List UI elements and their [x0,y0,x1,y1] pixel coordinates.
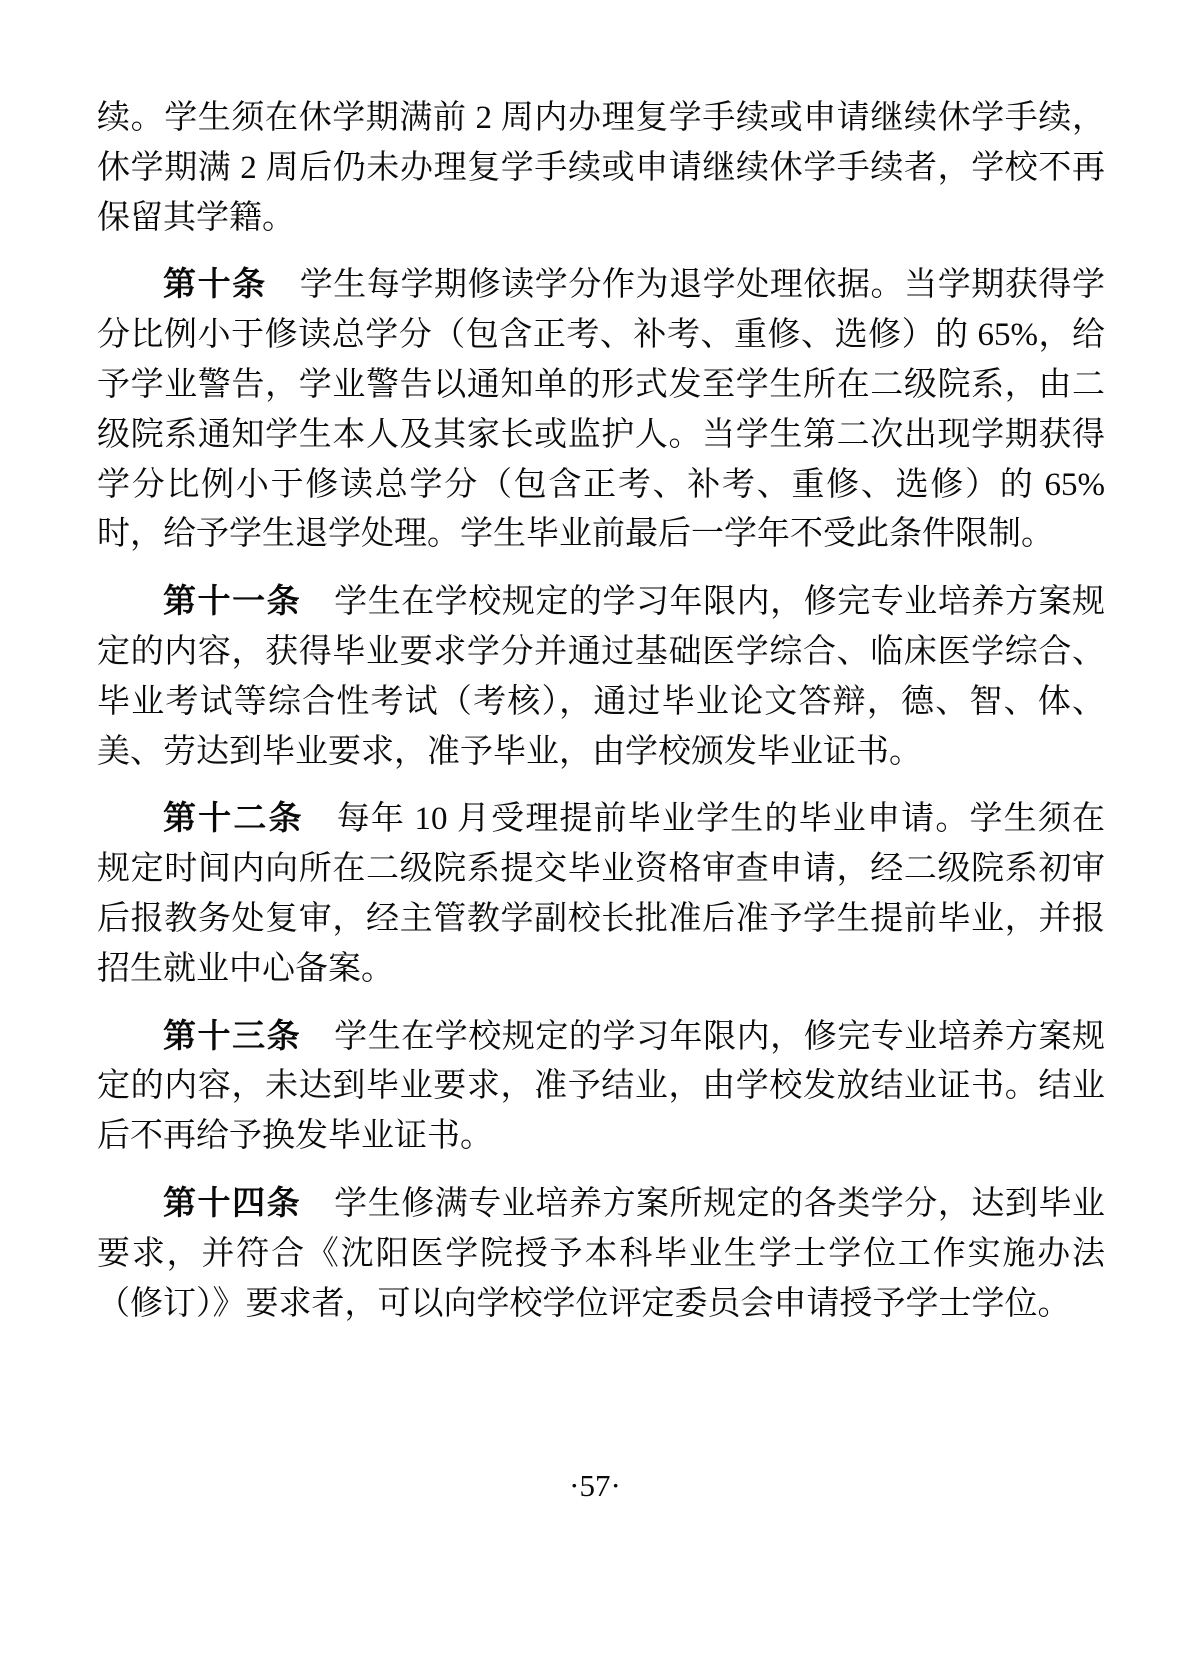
article-number: 第十三条 [163,1017,301,1054]
paragraph-article-14: 第十四条学生修满专业培养方案所规定的各类学分，达到毕业要求，并符合《沈阳医学院授… [97,1178,1105,1329]
paragraph-article-12: 第十二条每年 10 月受理提前毕业学生的毕业申请。学生须在规定时间内向所在二级院… [97,793,1105,994]
document-page: 续。学生须在休学期满前 2 周内办理复学手续或申请继续休学手续，休学期满 2 周… [0,0,1190,1670]
article-number: 第十四条 [163,1184,301,1221]
paragraph-article-13: 第十三条学生在学校规定的学习年限内，修完专业培养方案规定的内容，未达到毕业要求，… [97,1011,1105,1162]
article-number: 第十二条 [163,799,304,836]
paragraph-article-10: 第十条学生每学期修读学分作为退学处理依据。当学期获得学分比例小于修读总学分（包含… [97,259,1105,560]
article-number: 第十条 [163,265,267,302]
paragraph-text: 续。学生须在休学期满前 2 周内办理复学手续或申请继续休学手续，休学期满 2 周… [97,100,1105,236]
paragraph-article-11: 第十一条学生在学校规定的学习年限内，修完专业培养方案规定的内容，获得毕业要求学分… [97,576,1105,777]
paragraph-continuation: 续。学生须在休学期满前 2 周内办理复学手续或申请继续休学手续，休学期满 2 周… [97,94,1105,243]
page-number: ·57· [0,1466,1190,1506]
article-number: 第十一条 [163,582,301,619]
document-body: 续。学生须在休学期满前 2 周内办理复学手续或申请继续休学手续，休学期满 2 周… [97,94,1105,1345]
paragraph-text: 学生每学期修读学分作为退学处理依据。当学期获得学分比例小于修读总学分（包含正考、… [97,267,1105,552]
